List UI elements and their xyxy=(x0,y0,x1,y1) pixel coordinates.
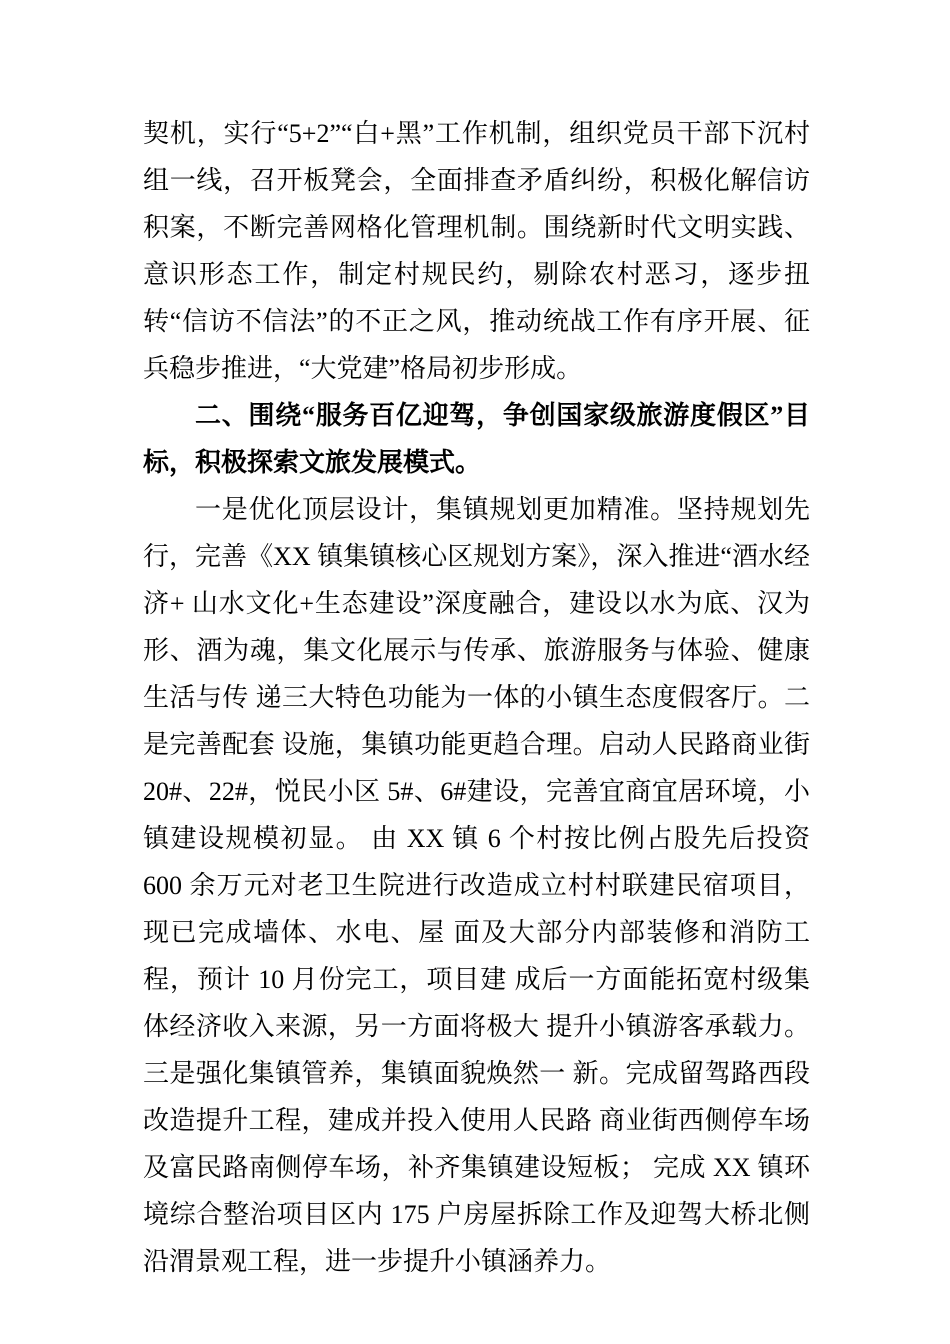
paragraph-continuation: 契机，实行“5+2”“白+黑”工作机制，组织党员干部下沉村组一线，召开板凳会，全… xyxy=(143,110,810,392)
section-heading: 二、围绕“服务百亿迎驾，争创国家级旅游度假区”目标，积极探索文旅发展模式。 xyxy=(143,392,810,486)
document-page: 契机，实行“5+2”“白+黑”工作机制，组织党员干部下沉村组一线，召开板凳会，全… xyxy=(0,0,950,1344)
section-body: 一是优化顶层设计，集镇规划更加精准。坚持规划先行，完善《XX 镇集镇核心区规划方… xyxy=(143,486,810,1285)
